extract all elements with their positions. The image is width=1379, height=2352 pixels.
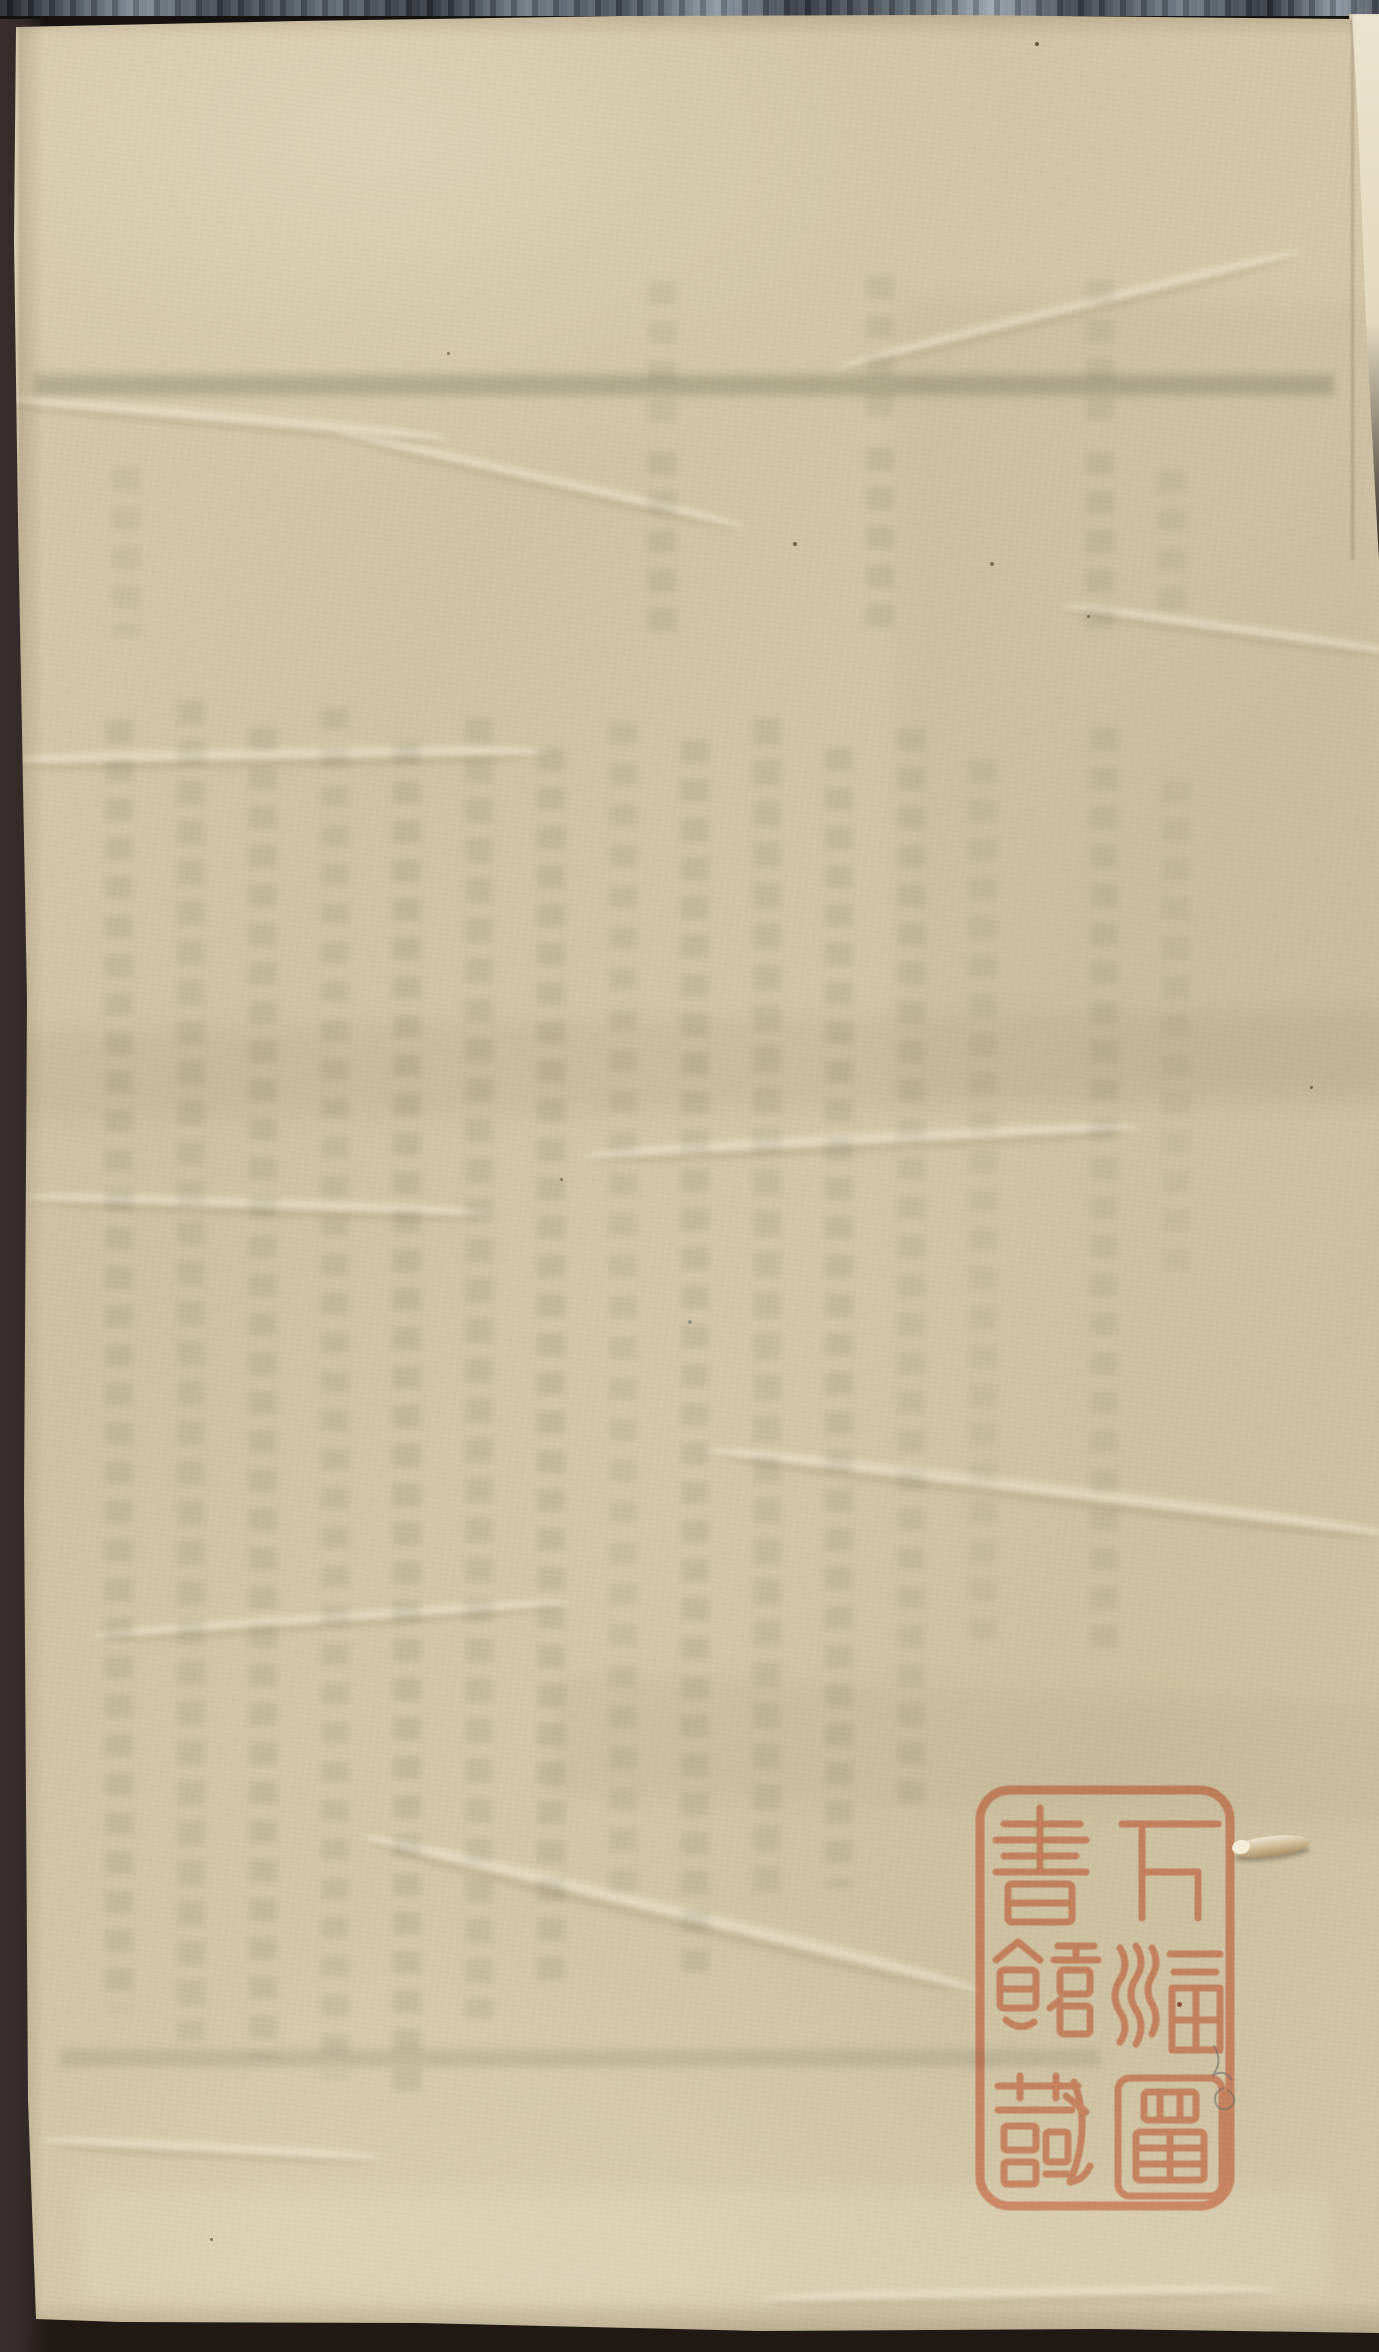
seal-char-guan bbox=[996, 1942, 1098, 2034]
seal-char-shu bbox=[996, 1808, 1086, 1922]
seal-char-cang bbox=[998, 2076, 1090, 2184]
pencil-mark bbox=[1202, 2038, 1262, 2118]
seal-char-shang bbox=[1122, 1824, 1218, 1918]
paper-tear-fragment bbox=[1232, 1834, 1318, 1870]
page-paper: 上海圖書館藏 bbox=[0, 0, 1379, 2352]
seal-char-hai bbox=[1115, 1946, 1220, 2050]
book-scan: 上海圖書館藏 bbox=[0, 0, 1379, 2352]
library-seal: 上海圖書館藏 bbox=[972, 1782, 1238, 2214]
